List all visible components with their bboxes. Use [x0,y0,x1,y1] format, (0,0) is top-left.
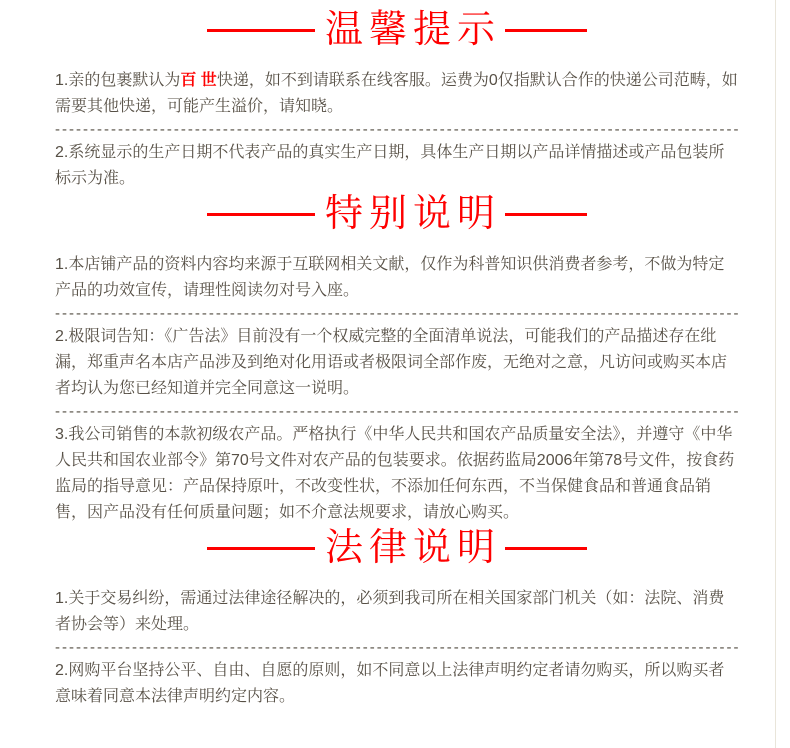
paragraph-text: 1.本店铺产品的资料内容均来源于互联网相关文献，仅作为科普知识供消费者参考，不做… [55,252,739,304]
paragraph-text: 1.关于交易纠纷，需通过法律途径解决的，必须到我司所在相关国家部门机关（如：法院… [55,586,739,638]
dashed-separator: ----------------------------------------… [55,402,739,422]
title-rule-left [207,29,315,32]
paragraph-text: 3.我公司销售的本款初级农产品。严格执行《中华人民共和国农产品质量安全法》，并遵… [55,422,739,526]
dashed-separator: ----------------------------------------… [55,304,739,324]
section-legal-notes: 法律说明 1.关于交易纠纷，需通过法律途径解决的，必须到我司所在相关国家部门机关… [55,526,739,710]
paragraph-text: 2.网购平台坚持公平、自由、自愿的原则，如不同意以上法律声明约定者请勿购买，所以… [55,658,739,710]
dashed-separator: ----------------------------------------… [55,638,739,658]
section-title-row: 温馨提示 [55,8,739,52]
paragraph-text: 2.系统显示的生产日期不代表产品的真实生产日期，具体生产日期以产品详情描述或产品… [55,140,739,192]
section-title-text: 法律说明 [325,526,501,570]
paragraph-text: 2.极限词告知：《广告法》目前没有一个权威完整的全面清单说法，可能我们的产品描述… [55,324,739,402]
section-special-notes: 特别说明 1.本店铺产品的资料内容均来源于互联网相关文献，仅作为科普知识供消费者… [55,192,739,526]
title-rule-right [505,547,587,550]
courier-brand-highlight: 百 世 [180,72,216,89]
paragraph-prefix: 1.亲的包裹默认为 [55,72,180,89]
section-title-row: 法律说明 [55,526,739,570]
title-rule-right [505,213,587,216]
section-title-text: 特别说明 [325,192,501,236]
section-title-text: 温馨提示 [325,8,501,52]
dashed-separator: ----------------------------------------… [55,120,739,140]
section-warm-tips: 温馨提示 1.亲的包裹默认为百 世快递，如不到请联系在线客服。运费为0仅指默认合… [55,8,739,192]
paragraph-text: 1.亲的包裹默认为百 世快递，如不到请联系在线客服。运费为0仅指默认合作的快递公… [55,68,739,120]
section-title-row: 特别说明 [55,192,739,236]
title-rule-left [207,547,315,550]
title-rule-right [505,29,587,32]
notice-page: 温馨提示 1.亲的包裹默认为百 世快递，如不到请联系在线客服。运费为0仅指默认合… [0,0,776,748]
title-rule-left [207,213,315,216]
